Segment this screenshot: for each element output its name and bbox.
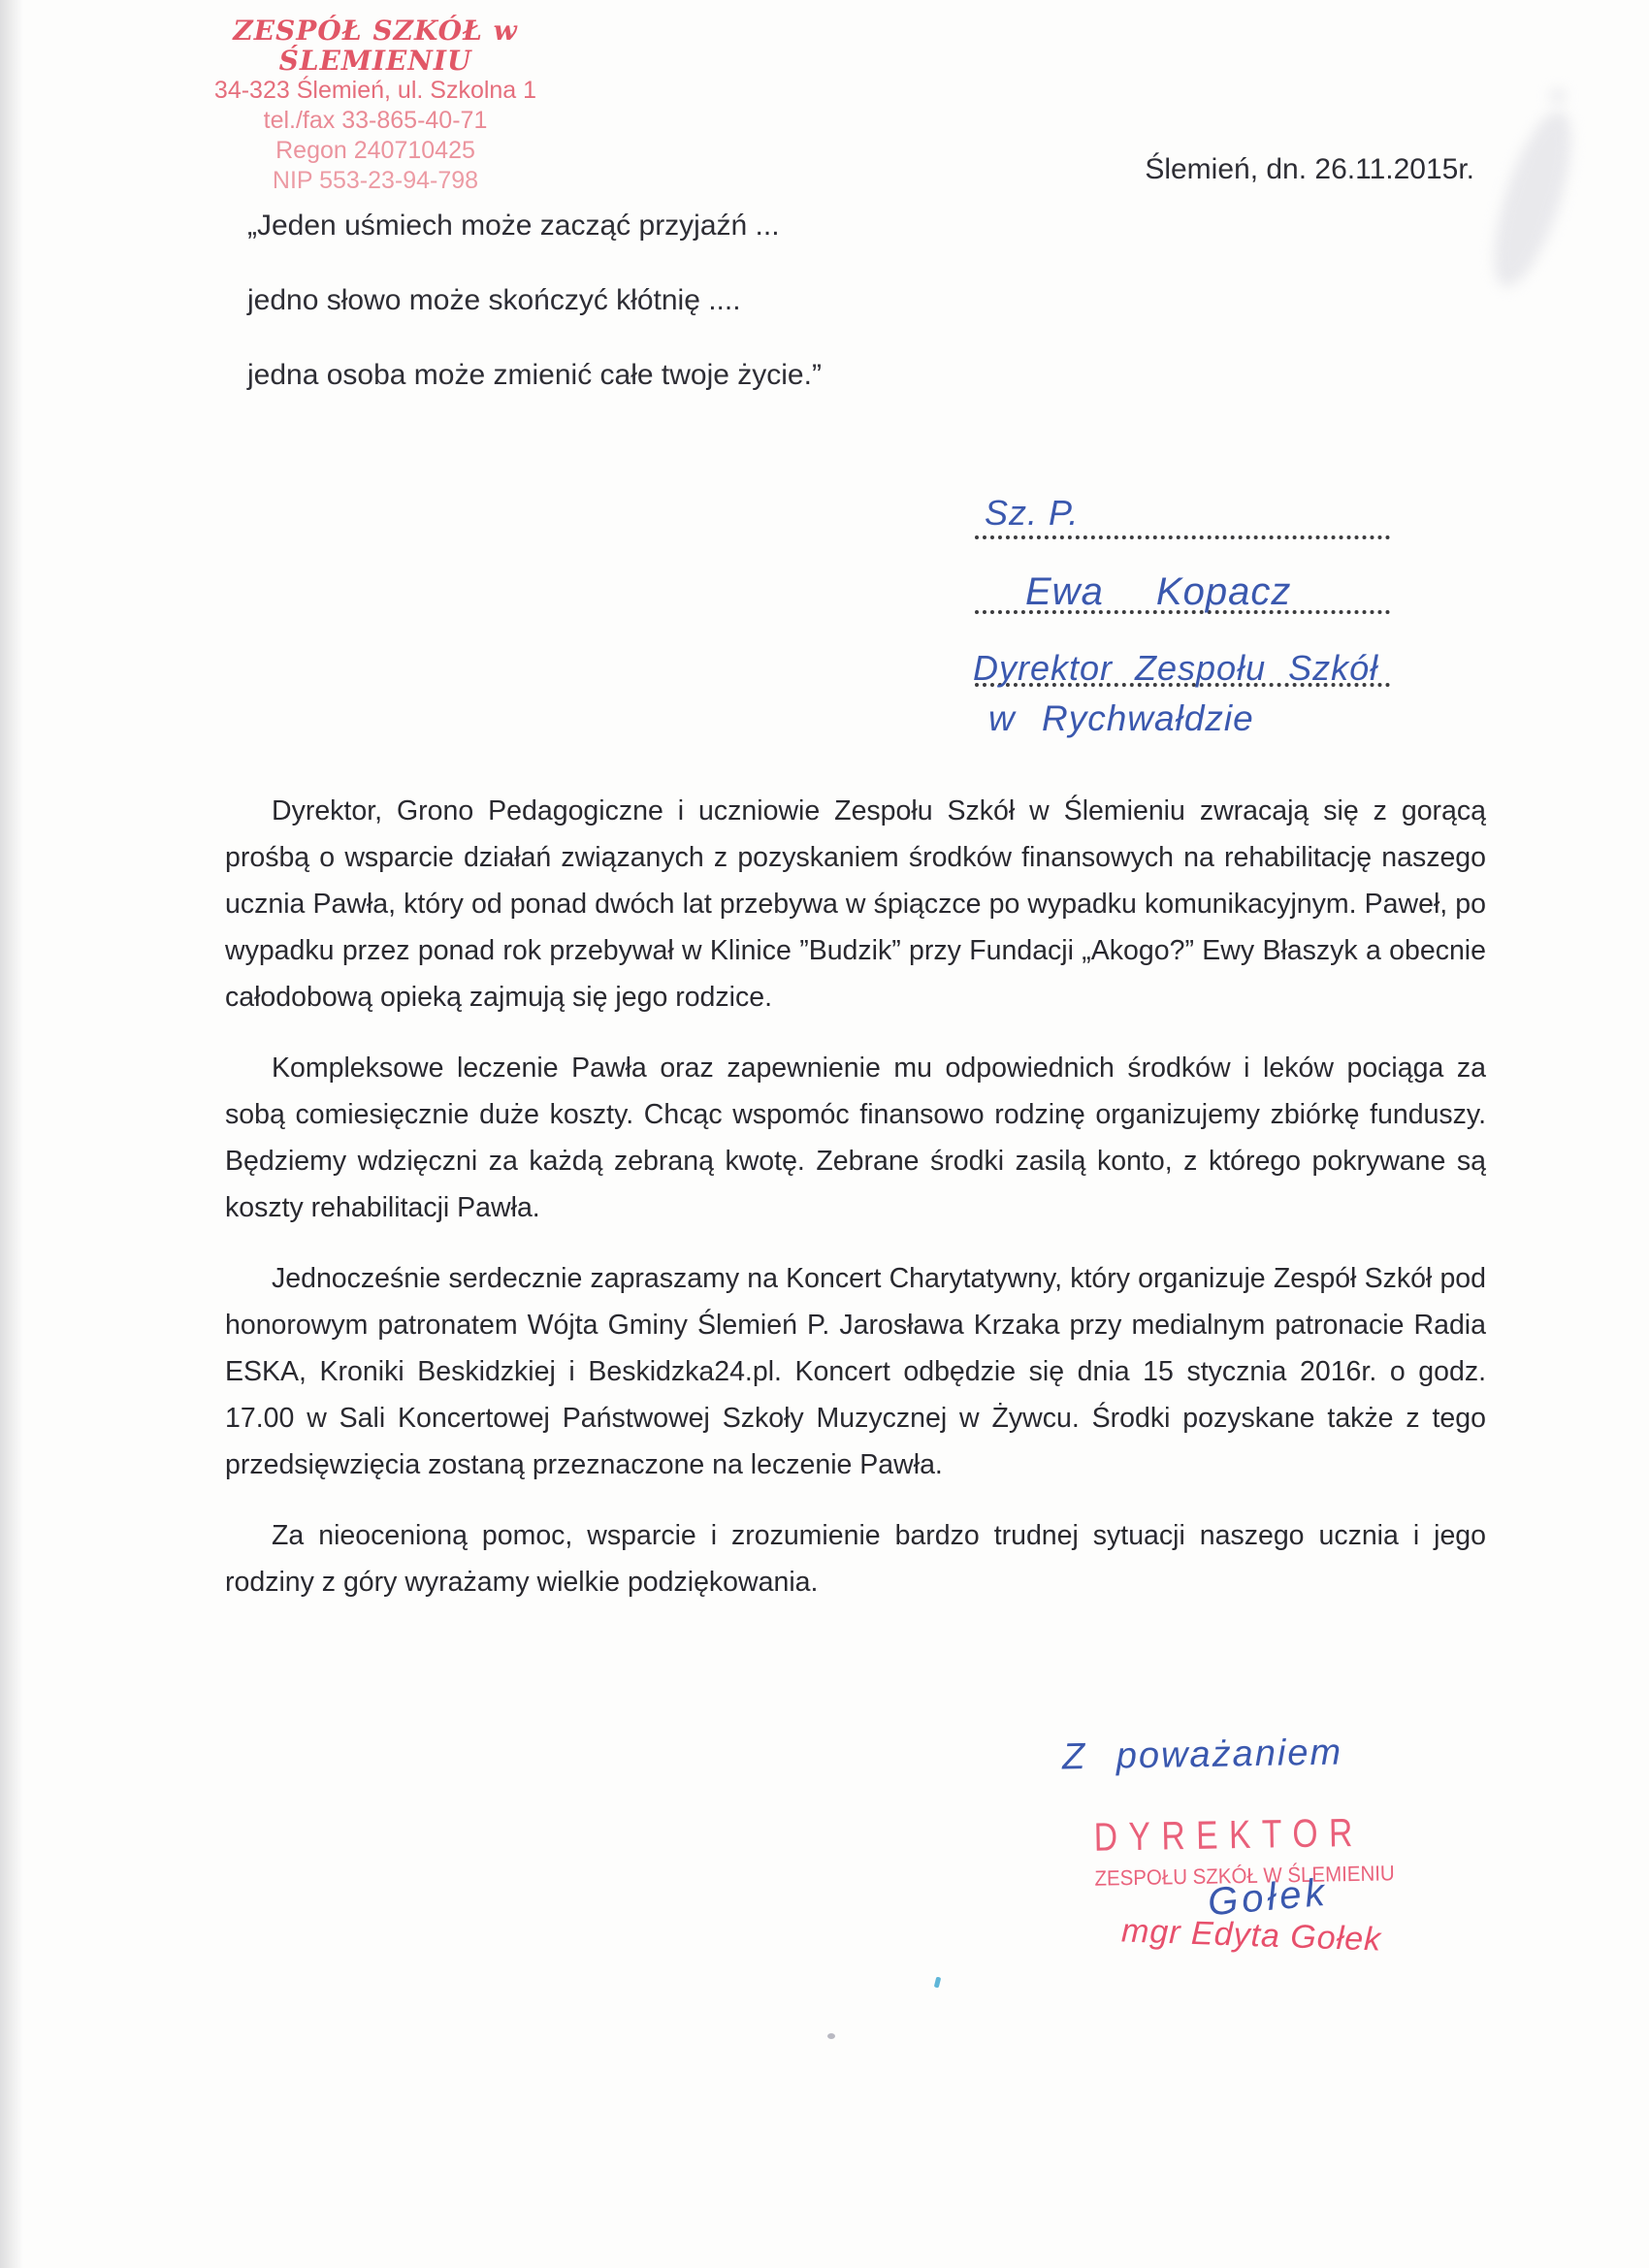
stamp-phone: tel./fax 33-865-40-71 (144, 106, 607, 136)
paragraph-4: Za nieocenioną pomoc, wsparcie i zrozumi… (225, 1512, 1486, 1605)
quote-line-2: jedno słowo może skończyć kłótnię .... (247, 284, 822, 317)
letter-body: Dyrektor, Grono Pedagogiczne i uczniowie… (225, 788, 1486, 1630)
scan-smudge (1478, 103, 1587, 295)
quote-line-3: jedna osoba może zmienić całe twoje życi… (247, 359, 822, 392)
paragraph-3: Jednocześnie serdecznie zapraszamy na Ko… (225, 1255, 1486, 1488)
recipient-location-row: w Rychwałdzie (975, 687, 1390, 747)
scanned-letter-page: ZESPÓŁ SZKÓŁ w ŚLEMIENIU 34-323 Ślemień,… (0, 0, 1649, 2268)
scan-speck (827, 2033, 835, 2039)
stamp-director-title: DYREKTOR (1093, 1810, 1341, 1860)
opening-quote: „Jeden uśmiech może zacząć przyjaźń ... … (247, 210, 822, 434)
stamp-regon: Regon 240710425 (144, 136, 607, 166)
stamp-signed-name: mgr Edyta Gołek (1120, 1912, 1381, 1959)
dotted-line: Sz. P. (975, 479, 1390, 539)
scan-edge-artifact (0, 0, 23, 2268)
date-line: Ślemień, dn. 26.11.2015r. (1135, 153, 1474, 186)
dotted-line: Dyrektor Zespołu Szkół (975, 614, 1390, 687)
handwritten-valediction: Z poważaniem (1062, 1732, 1343, 1778)
paragraph-2: Kompleksowe leczenie Pawła oraz zapewnie… (225, 1045, 1486, 1231)
quote-line-1: „Jeden uśmiech może zacząć przyjaźń ... (247, 210, 822, 243)
school-header-stamp: ZESPÓŁ SZKÓŁ w ŚLEMIENIU 34-323 Ślemień,… (144, 16, 607, 196)
dotted-line: Ewa Kopacz (975, 539, 1390, 614)
handwritten-recipient-title: Dyrektor Zespołu Szkół (973, 648, 1378, 689)
handwritten-recipient-name: Ewa Kopacz (1025, 570, 1291, 614)
handwritten-recipient-location: w Rychwałdzie (988, 698, 1254, 739)
scan-smudge (1550, 89, 1566, 103)
stamp-address: 34-323 Ślemień, ul. Szkolna 1 (144, 76, 607, 106)
ink-speck (934, 1977, 942, 1989)
paragraph-1: Dyrektor, Grono Pedagogiczne i uczniowie… (225, 788, 1486, 1021)
recipient-block: Sz. P. Ewa Kopacz Dyrektor Zespołu Szkół… (975, 479, 1390, 747)
handwritten-salutation: Sz. P. (985, 493, 1079, 534)
stamp-school-name: ZESPÓŁ SZKÓŁ w ŚLEMIENIU (144, 16, 607, 76)
stamp-nip: NIP 553-23-94-798 (144, 166, 607, 196)
